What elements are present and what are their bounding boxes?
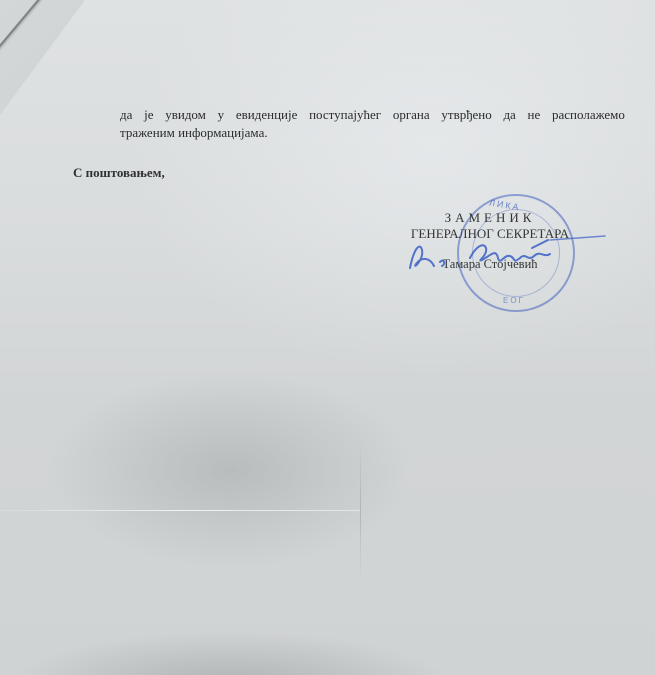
word: утврђено (441, 106, 491, 123)
closing-salutation: С поштовањем, (73, 164, 165, 181)
stamp-bottom-text: ЕОГ (503, 296, 525, 305)
word: је (144, 106, 153, 123)
body-text-line-1: да је увидом у евиденције поступајућег о… (120, 106, 625, 123)
signatory-title-line-1: ЗАМЕНИК (385, 210, 595, 225)
word: не (528, 106, 541, 123)
word: органа (393, 106, 430, 123)
word: располажемо (552, 106, 625, 123)
word: поступајућег (309, 106, 381, 123)
body-text-line-2: траженим информацијама. (120, 124, 268, 141)
horizontal-crease (0, 510, 360, 511)
word: да (120, 106, 132, 123)
word: да (503, 106, 515, 123)
handwritten-signature-icon (400, 228, 610, 278)
word: евиденције (236, 106, 298, 123)
paper-sheet (0, 0, 655, 675)
word: у (218, 106, 225, 123)
vertical-crease (360, 440, 361, 580)
word: увидом (165, 106, 206, 123)
